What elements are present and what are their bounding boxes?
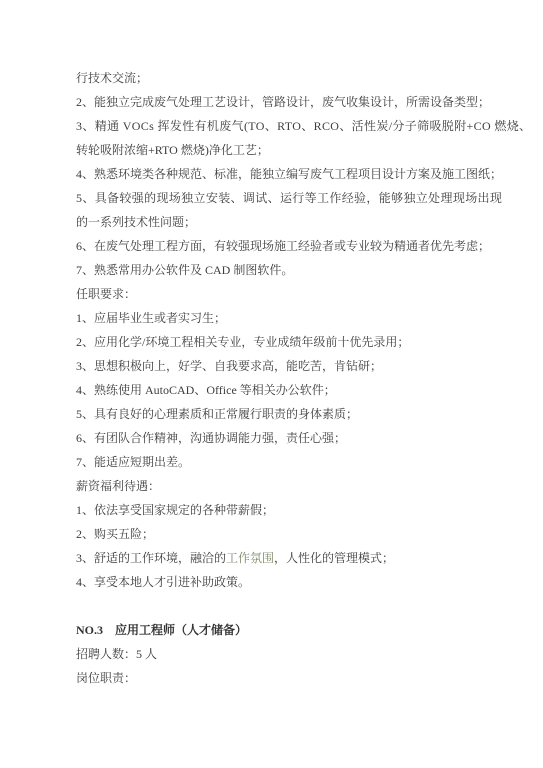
doc-line-highlight-text: 工作氛围 <box>226 551 274 565</box>
doc-line: 2、购买五险； <box>76 522 496 546</box>
doc-subheading-benefits: 薪资福利待遇： <box>76 474 496 498</box>
doc-line: 6、在废气处理工程方面，有较强现场施工经验者或专业较为精通者优先考虑； <box>76 234 496 258</box>
doc-subheading-requirements: 任职要求： <box>76 282 496 306</box>
document-text: 行技术交流； 2、能独立完成废气处理工艺设计，管路设计，废气收集设计，所需设备类… <box>76 66 496 690</box>
doc-line: 7、能适应短期出差。 <box>76 450 496 474</box>
doc-line: 1、应届毕业生或者实习生； <box>76 306 496 330</box>
section-heading: NO.3 应用工程师（人才储备） <box>76 618 496 642</box>
doc-line: 5、具备较强的现场独立安装、调试、运行等工作经验，能够独立处理现场出现 <box>76 186 496 210</box>
doc-line: 6、有团队合作精神，沟通协调能力强，责任心强； <box>76 426 496 450</box>
doc-line: 的一系列技术性问题； <box>76 210 496 234</box>
doc-line: 5、具有良好的心理素质和正常履行职责的身体素质； <box>76 402 496 426</box>
doc-line: 2、能独立完成废气处理工艺设计，管路设计，废气收集设计，所需设备类型； <box>76 90 496 114</box>
doc-line-highlighted: 3、舒适的工作环境，融洽的工作氛围，人性化的管理模式； <box>76 546 496 570</box>
doc-line-segment: 3、舒适的工作环境，融洽的 <box>76 551 226 565</box>
doc-line: 3、思想积极向上，好学、自我要求高，能吃苦，肯钻研； <box>76 354 496 378</box>
doc-line-segment: ，人性化的管理模式； <box>274 551 394 565</box>
blank-line <box>76 594 496 618</box>
duties-label: 岗位职责： <box>76 666 496 690</box>
doc-line: 7、熟悉常用办公软件及 CAD 制图软件。 <box>76 258 496 282</box>
doc-line: 4、熟练使用 AutoCAD、Office 等相关办公软件； <box>76 378 496 402</box>
doc-line-continuation: 行技术交流； <box>76 66 496 90</box>
doc-line: 4、享受本地人才引进补助政策。 <box>76 570 496 594</box>
doc-line: 转轮吸附浓缩+RTO 燃烧)净化工艺； <box>76 138 496 162</box>
document-page: 行技术交流； 2、能独立完成废气处理工艺设计，管路设计，废气收集设计，所需设备类… <box>0 0 543 768</box>
doc-line: 3、精通 VOCs 挥发性有机废气(TO、RTO、RCO、活性炭/分子筛吸脱附+… <box>76 114 496 138</box>
doc-line: 4、熟悉环境类各种规范、标准，能独立编写废气工程项目设计方案及施工图纸； <box>76 162 496 186</box>
doc-line: 1、依法享受国家规定的各种带薪假； <box>76 498 496 522</box>
doc-line: 2、应用化学/环境工程相关专业，专业成绩年级前十优先录用； <box>76 330 496 354</box>
headcount-line: 招聘人数：5 人 <box>76 642 496 666</box>
